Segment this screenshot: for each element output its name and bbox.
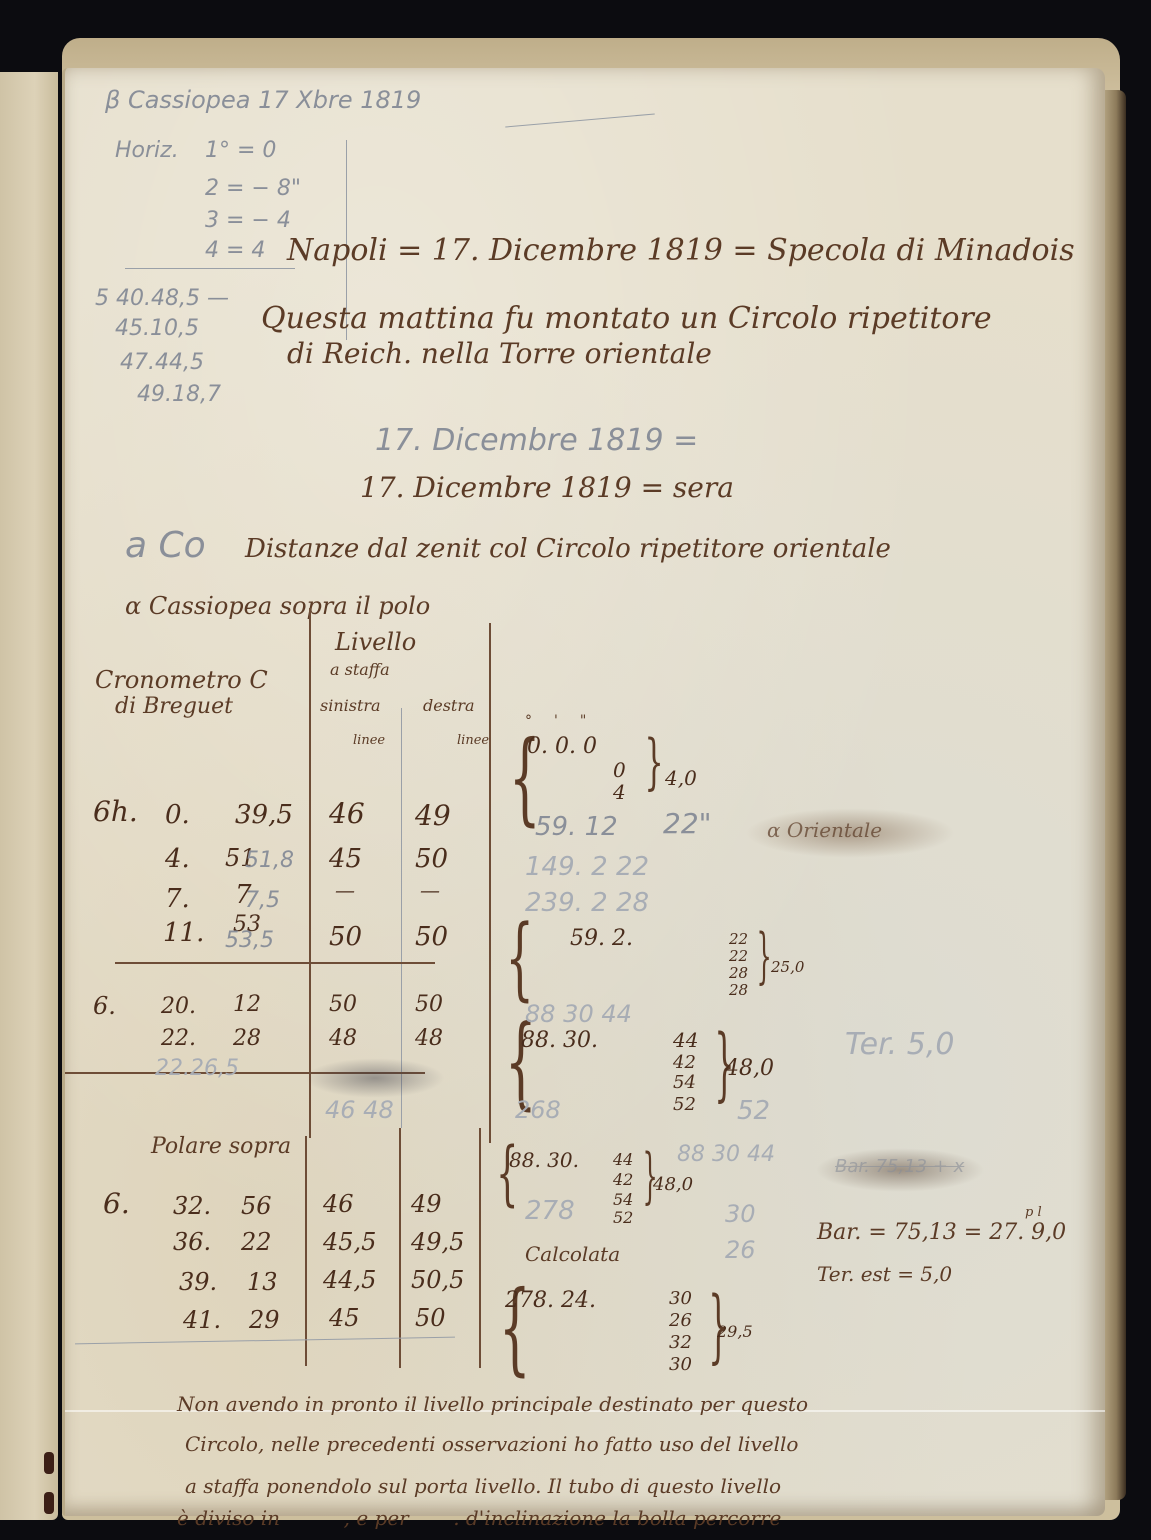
circle-reading-second: 28: [729, 983, 748, 998]
row-minute: 32.: [173, 1194, 211, 1218]
row-level-right: 49,5: [411, 1230, 464, 1254]
pencil-calc: 30: [725, 1202, 756, 1226]
col-header-chronometer-sub: di Breguet: [115, 696, 233, 718]
row-level-left: 50: [329, 994, 357, 1016]
row-level-left: 45: [329, 1306, 360, 1330]
circle-reading-second: 44: [613, 1152, 633, 1168]
horiz-row: 2 = − 8": [205, 178, 301, 200]
horiz-label: Horiz.: [115, 140, 179, 162]
row-minute: 20.: [161, 996, 196, 1018]
row-second: 28: [233, 1028, 261, 1050]
row-level-left: 50: [329, 924, 362, 950]
circle-reading-second: 22: [729, 932, 748, 947]
circle-reading-second: 0: [613, 760, 626, 780]
pencil-calc: 26: [725, 1238, 756, 1262]
row-second: 29: [249, 1308, 280, 1332]
barometer-units: p l: [1025, 1206, 1042, 1219]
pencil-note: 22.26,5: [155, 1058, 239, 1080]
pencil-number: 49.18,7: [137, 384, 221, 406]
row-level-right: 49: [415, 802, 451, 830]
row-second: 12: [233, 994, 261, 1016]
row-level-right: 50: [415, 1306, 446, 1330]
pencil-divider: [125, 268, 295, 269]
unit-left: linee: [353, 734, 385, 747]
circle-reading-second: 30: [669, 1356, 692, 1374]
pencil-second: 51,8: [245, 850, 294, 872]
row-level-left: 48: [329, 1028, 357, 1050]
pencil-date: 17. Dicembre 1819 =: [375, 426, 698, 456]
evening-date: 17. Dicembre 1819 = sera: [360, 474, 734, 502]
circle-reading-second: 4: [613, 782, 626, 802]
brace-close-icon: }: [756, 926, 771, 986]
row-level-left: 46: [329, 800, 365, 828]
row-divider: [115, 962, 435, 964]
col-header-level: Livello: [335, 630, 416, 654]
heading-line-1: Napoli = 17. Dicembre 1819 = Specola di …: [287, 236, 1075, 266]
section-title: Distanze dal zenit col Circolo ripetitor…: [245, 536, 891, 562]
circle-reading-first: 278. 24.: [505, 1290, 596, 1312]
circle-reading-mean: 48,0: [725, 1058, 774, 1080]
pencil-calc: 239. 2 28: [525, 890, 649, 916]
star-title-cassiopea: α Cassiopea sopra il polo: [125, 594, 430, 618]
circle-reading-second: 32: [669, 1334, 692, 1352]
col-header-left: sinistra: [320, 698, 381, 714]
row-second: 56: [241, 1194, 272, 1218]
pencil-note: 46 48: [325, 1098, 394, 1122]
row-level-right: 50: [415, 846, 448, 872]
smudged-note: α Orientale: [767, 820, 882, 840]
thermometer-reading: Ter. est = 5,0: [817, 1264, 952, 1284]
row-level-right: 48: [415, 1028, 443, 1050]
horiz-row: 1° = 0: [205, 140, 276, 162]
pencil-calc: 278: [525, 1198, 575, 1224]
circle-reading-second: 26: [669, 1312, 692, 1330]
pencil-number: 5 40.48,5 —: [95, 288, 229, 310]
row-level-left: 45: [329, 846, 362, 872]
row-minute: 41.: [183, 1308, 221, 1332]
row-hour: 6.: [103, 1190, 130, 1218]
footer-note-line: a staffa ponendolo sul porta livello. Il…: [185, 1476, 781, 1496]
row-level-right: —: [420, 880, 440, 900]
row-second: 22: [241, 1230, 272, 1254]
calculated-label: Calcolata: [525, 1244, 620, 1264]
pencil-prefix: a Co: [125, 528, 206, 564]
circle-reading-mean: 48,0: [653, 1176, 693, 1194]
row-minute: 36.: [173, 1230, 211, 1254]
row-level-left: 44,5: [323, 1268, 376, 1292]
row-minute: 0.: [165, 802, 190, 828]
heading-line-3: di Reich. nella Torre orientale: [287, 340, 712, 368]
row-level-right: 50,5: [411, 1268, 464, 1292]
circle-reading-second-mean: 22": [663, 810, 712, 838]
row-minute: 11.: [163, 920, 204, 946]
horiz-row: 4 = 4: [205, 240, 265, 262]
circle-reading-mean: 4,0: [665, 768, 697, 788]
col-header-level-sub: a staffa: [330, 662, 390, 678]
brace-close-icon: }: [645, 732, 664, 792]
pencil-calc: 88 30 44: [677, 1144, 775, 1166]
row-level-left: —: [335, 880, 355, 900]
row-level-left: 45,5: [323, 1230, 376, 1254]
row-minute: 22.: [161, 1028, 196, 1050]
facing-page-edge: [0, 72, 58, 1520]
tear-mark: [44, 1452, 54, 1474]
row-second: 39,5: [235, 802, 293, 828]
col-header-chronometer: Cronometro C: [95, 668, 268, 692]
pencil-second: 7,5: [245, 890, 280, 912]
table-divider: [399, 1128, 401, 1368]
table-divider: [305, 1136, 307, 1366]
row-minute: 39.: [179, 1270, 217, 1294]
circle-reading-second: 30: [669, 1290, 692, 1308]
footer-note-line: Circolo, nelle precedenti osservazioni h…: [185, 1434, 798, 1454]
circle-reading-second: 42: [613, 1172, 633, 1188]
table-divider: [309, 608, 311, 1138]
pencil-smudge: [305, 1058, 445, 1098]
pencil-calc: 52: [737, 1098, 770, 1124]
circle-reading-first: 59. 2.: [570, 928, 633, 950]
horiz-row: 3 = − 4: [205, 210, 291, 232]
heading-line-2: Questa mattina fu montato un Circolo rip…: [261, 304, 992, 334]
row-level-right: 50: [415, 924, 448, 950]
circle-reading-second: 54: [613, 1192, 633, 1208]
manuscript-page: β Cassiopea 17 Xbre 1819 Horiz. 1° = 0 2…: [62, 68, 1105, 1516]
brace-icon: {: [505, 914, 534, 1004]
row-level-right: 49: [411, 1192, 442, 1216]
circle-reading-second: 28: [729, 966, 748, 981]
row-hour: 6h.: [93, 798, 138, 826]
table-divider: [479, 1128, 481, 1368]
circle-reading-second: 22: [729, 949, 748, 964]
barometer-reading: Bar. = 75,13 = 27. 9,0: [817, 1222, 1066, 1244]
circle-reading-second-group: 59. 12: [535, 814, 618, 840]
pencil-number: 47.44,5: [120, 352, 204, 374]
tear-mark: [44, 1492, 54, 1514]
star-title-polare: Polare sopra: [151, 1136, 291, 1158]
circle-reading-second: 52: [673, 1096, 696, 1114]
circle-reading-mean: 25,0: [771, 960, 804, 975]
pencil-underline: [75, 1337, 455, 1345]
page-edges: [1102, 90, 1126, 1500]
pencil-calc: 268: [515, 1098, 561, 1122]
row-level-left: 46: [323, 1192, 354, 1216]
circle-reading-first: 88. 30.: [521, 1030, 598, 1052]
circle-reading-mean: 29,5: [717, 1324, 753, 1340]
row-minute: 7.: [165, 886, 190, 912]
second-unit: ": [580, 713, 608, 729]
pencil-header-line: β Cassiopea 17 Xbre 1819: [105, 88, 421, 112]
pencil-calc: 149. 2 22: [525, 854, 649, 880]
circle-reading-first: 0. 0. 0: [527, 736, 597, 758]
circle-reading-second: 42: [673, 1054, 696, 1072]
pencil-thermometer: Ter. 5,0: [845, 1030, 954, 1060]
row-second: 13: [247, 1270, 278, 1294]
circle-reading-second: 54: [673, 1074, 696, 1092]
pencil-second: 53,5: [225, 930, 274, 952]
circle-reading-second: 52: [613, 1210, 633, 1226]
struck-note: Bar. 75,13 + x: [835, 1158, 964, 1176]
minute-unit: ': [554, 713, 580, 729]
pencil-number: 45.10,5: [115, 318, 199, 340]
footer-note-line: è diviso in , e per . d'inclinazione la …: [177, 1508, 781, 1528]
row-minute: 4.: [165, 846, 190, 872]
row-level-right: 50: [415, 994, 443, 1016]
pencil-calc: 88 30 44: [525, 1002, 632, 1026]
footer-note-line: Non avendo in pronto il livello principa…: [177, 1394, 808, 1414]
pencil-strike: [505, 113, 655, 127]
table-divider: [489, 623, 491, 1143]
circle-reading-second: 44: [673, 1030, 698, 1050]
row-hour: 6.: [93, 994, 116, 1018]
col-header-right: destra: [423, 698, 475, 714]
unit-right: linee: [457, 734, 489, 747]
circle-reading-first: 88. 30.: [509, 1150, 579, 1170]
